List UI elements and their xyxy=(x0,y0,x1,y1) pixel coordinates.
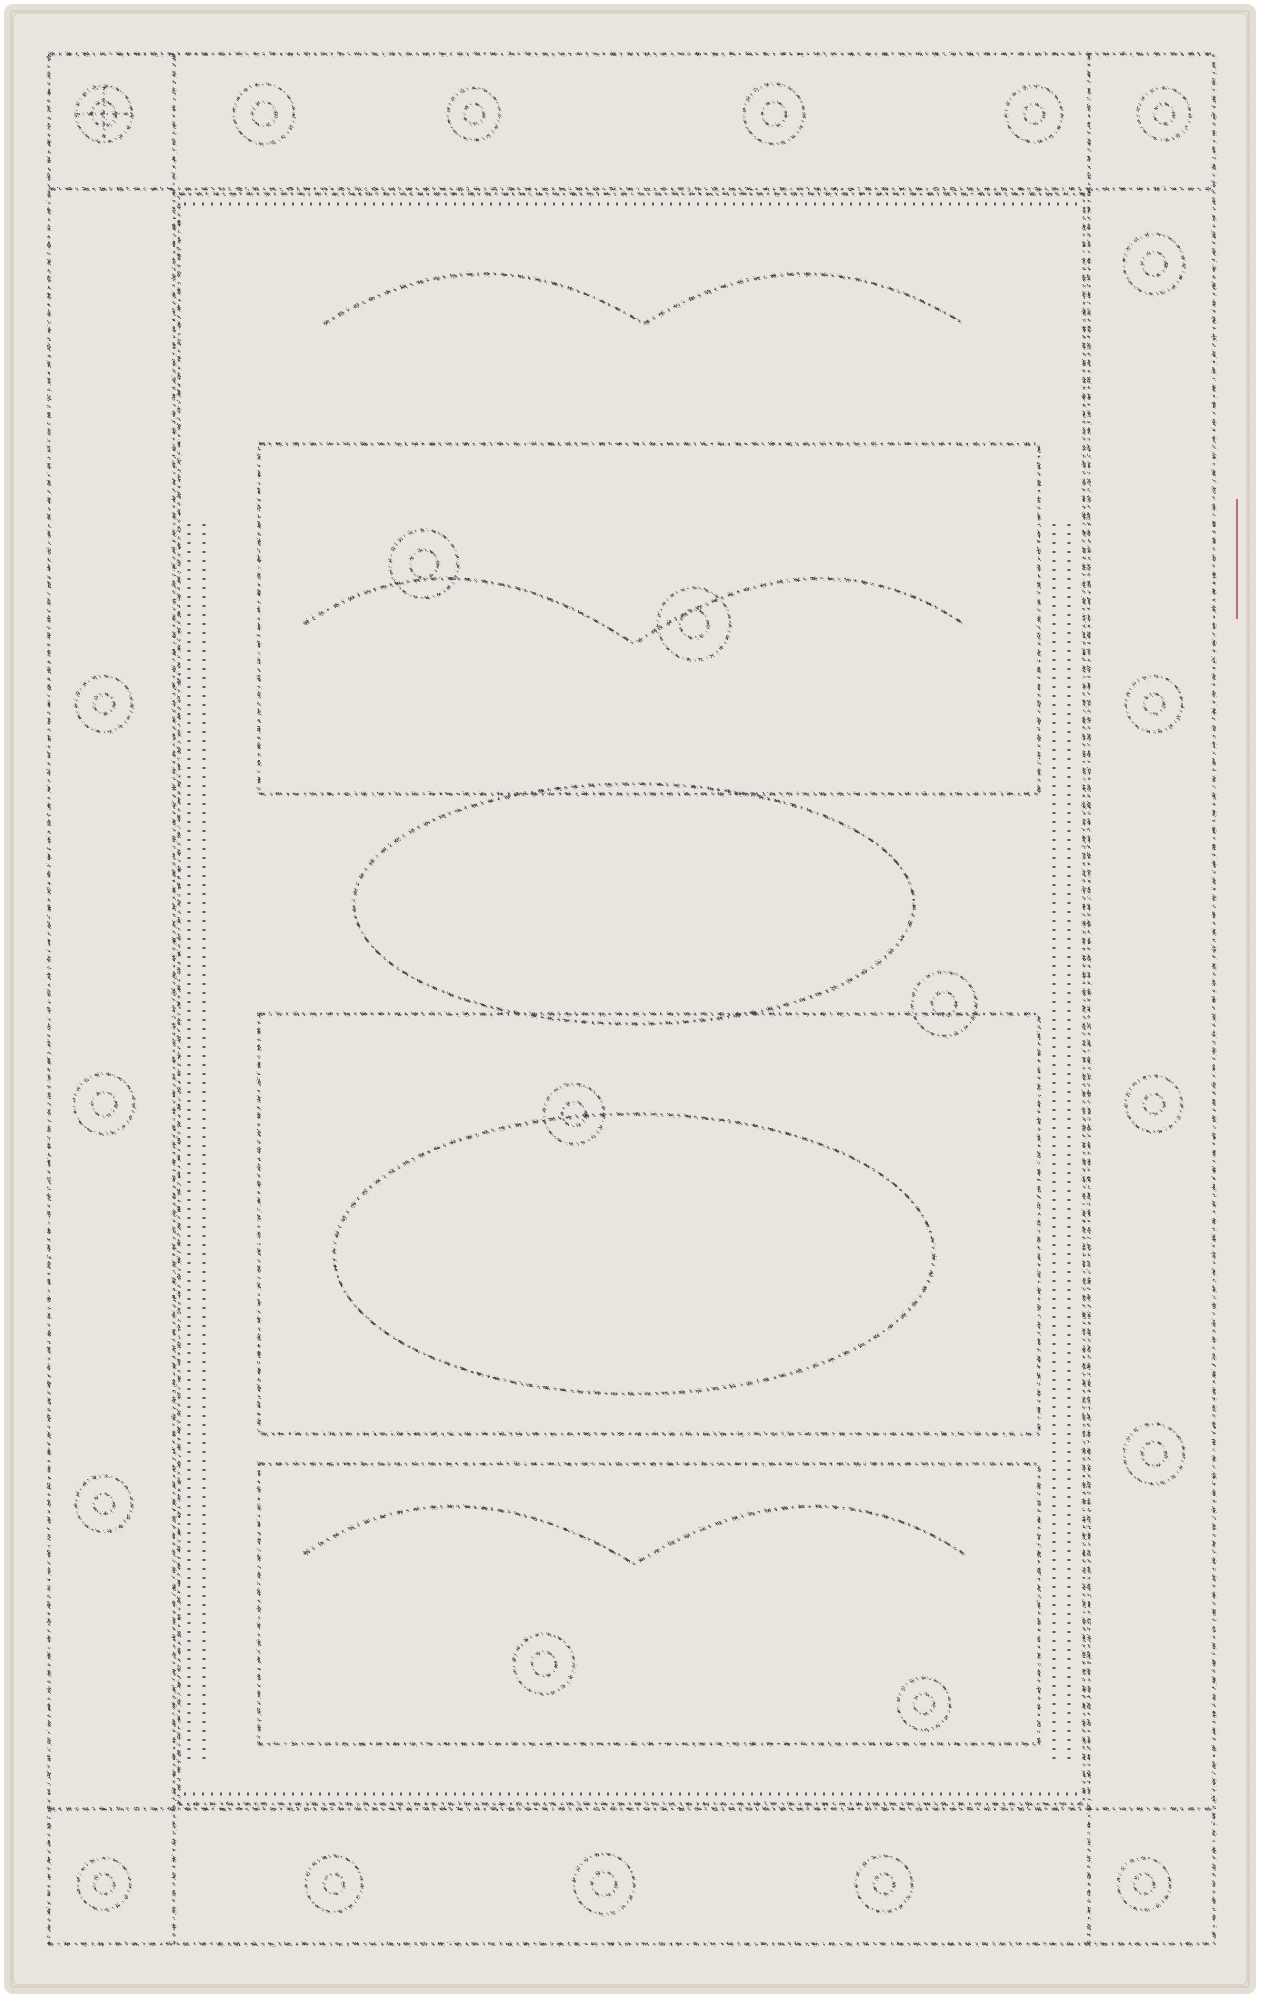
rug xyxy=(4,4,1256,1994)
rug-pattern xyxy=(4,4,1256,1994)
